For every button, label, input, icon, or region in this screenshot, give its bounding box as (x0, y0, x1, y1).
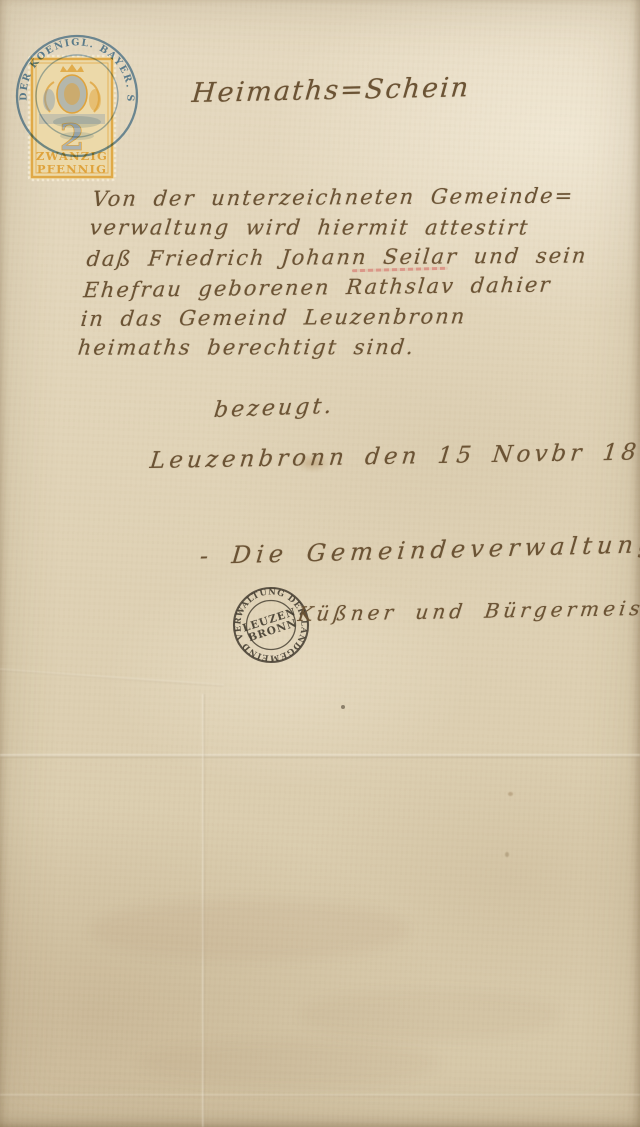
body-line: in das Gemeind Leuzenbronn (79, 301, 583, 334)
fold-crease-diagonal (0, 668, 224, 687)
fold-crease-horizontal-lower (0, 1094, 640, 1097)
paper-speck (508, 792, 513, 796)
document-page: Heimaths=Schein Von der unterzeichneten … (0, 0, 640, 1127)
body-line: heimaths berechtigt sind. (76, 332, 580, 363)
fold-crease-horizontal-upper (0, 754, 640, 758)
attestation-word: bezeugt. (213, 394, 336, 423)
body-line: Ehefrau geborenen Rathslav dahier (82, 269, 586, 305)
body-line: verwaltung wird hiermit attestirt (88, 212, 592, 242)
cancel-smudge (60, 132, 94, 140)
paper-speck (341, 705, 345, 709)
body-line: daß Friedrich Johann Seilar und sein (85, 241, 589, 274)
cancellation-stamp: DER KOENIGL. BAYER. STADT (8, 26, 148, 168)
document-title: Heimaths=Schein (191, 72, 472, 109)
municipal-seal: VERWALTUNG DER LANDGEMEINDE LEUZEN BRONN (230, 584, 322, 676)
document-body: Von der unterzeichneten Gemeinde= verwal… (76, 181, 595, 364)
place-date-line: Leuzenbronn den 15 Novbr 1874. (149, 439, 640, 474)
bleed-through-shadow (300, 990, 560, 1040)
cancel-smudge (53, 116, 101, 128)
bleed-through-shadow (140, 1040, 440, 1086)
body-line: Von der unterzeichneten Gemeinde= (91, 181, 595, 214)
closing-line: - Die Gemeindeverwaltung (199, 530, 640, 570)
paper-speck (505, 852, 509, 857)
fold-crease-vertical (202, 694, 205, 1127)
bleed-through-shadow (90, 900, 410, 960)
signature-line: Küßner und Bürgermeister (297, 595, 640, 626)
